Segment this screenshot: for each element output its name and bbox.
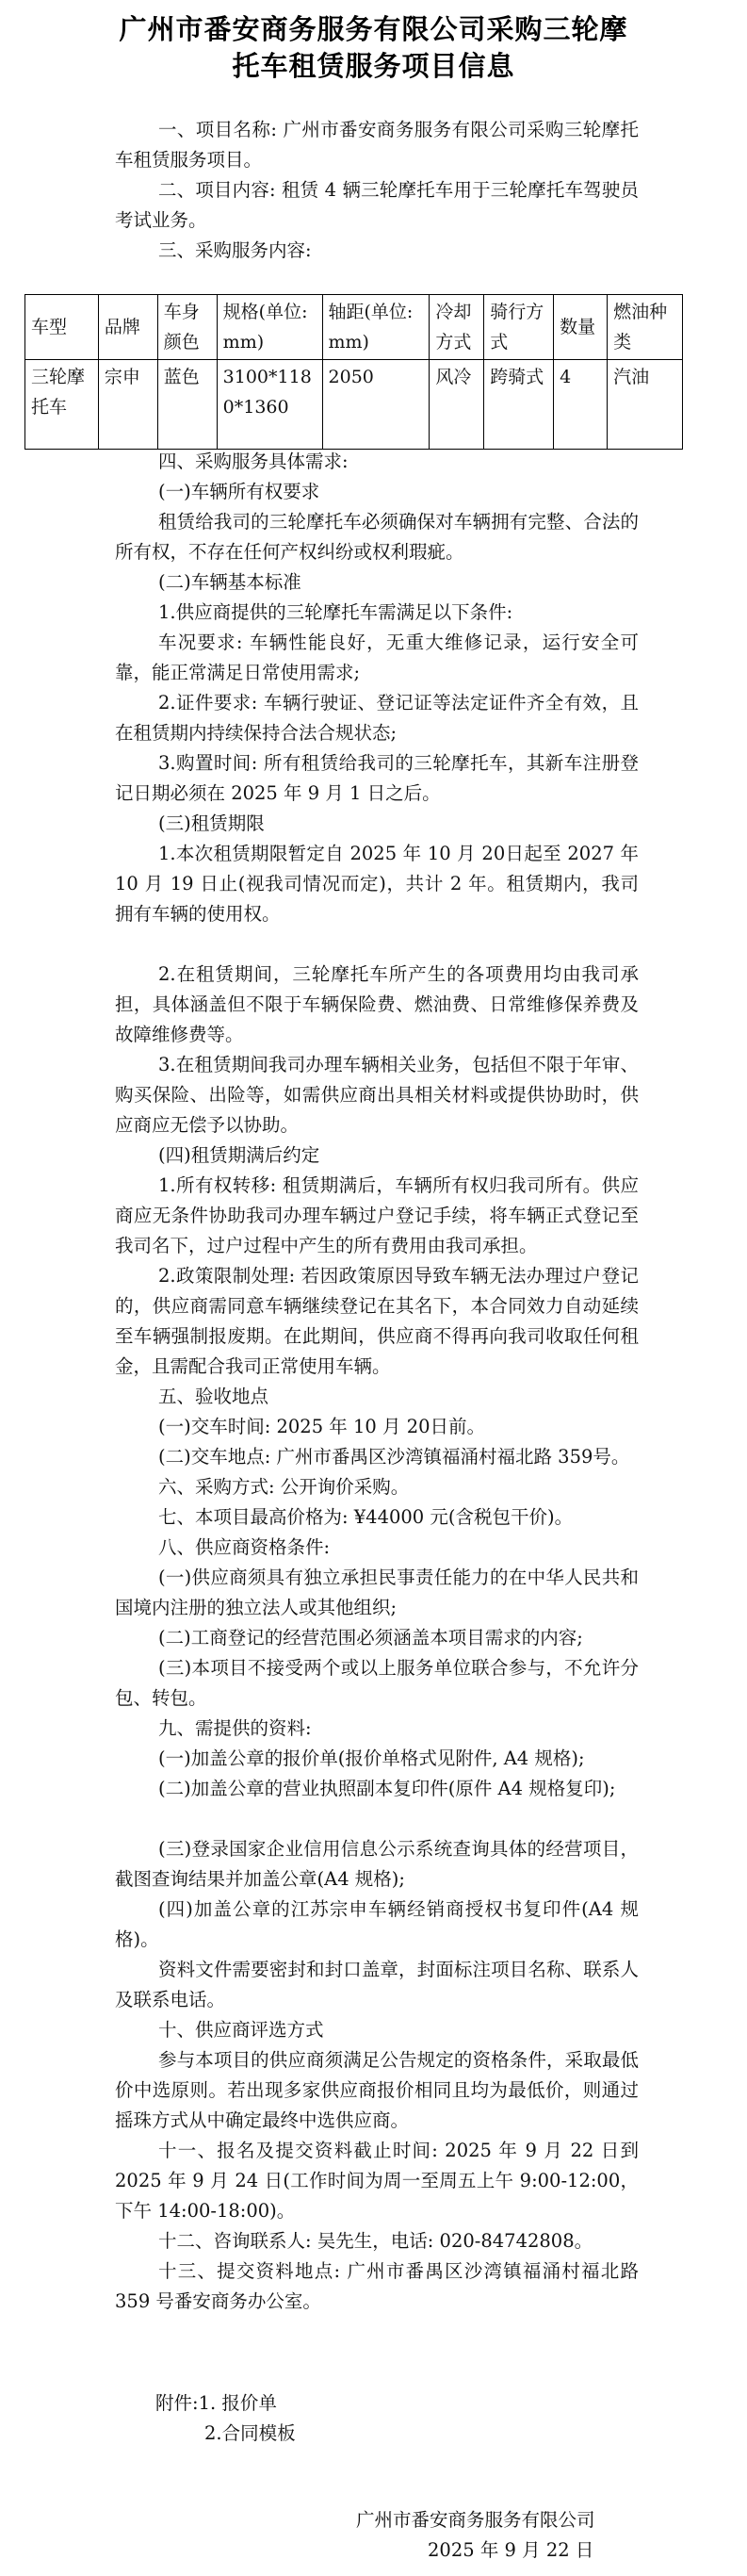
intro-section: 一、项目名称: 广州市番安商务服务有限公司采购三轮摩托车租赁服务项目。 二、项目…: [115, 115, 639, 266]
section-10-heading: 十、供应商评选方式: [115, 2015, 639, 2045]
section-9-item: (二)加盖公章的营业执照副本复印件(原件 A4 规格复印);: [115, 1774, 639, 1804]
section-12-contact: 十二、咨询联系人: 吴先生，电话: 020-84742808。: [115, 2226, 639, 2256]
section-4-2-item: 2.证件要求: 车辆行驶证、登记证等法定证件齐全有效，且在租赁期内持续保持合法合…: [115, 688, 639, 748]
header-cell: 数量: [554, 295, 608, 360]
section-9-item: (四)加盖公章的江苏宗申车辆经销商授权书复印件(A4 规格)。: [115, 1895, 639, 1955]
vehicle-spec-table: 车型 品牌 车身颜色 规格(单位: mm) 轴距(单位: mm) 冷却方式 骑行…: [24, 294, 683, 450]
section-5-item: (二)交车地点: 广州市番禺区沙湾镇福涌村福北路 359号。: [115, 1442, 639, 1472]
table-cell: 2050: [322, 360, 430, 450]
header-cell: 车型: [25, 295, 99, 360]
project-content: 二、项目内容: 租赁 4 辆三轮摩托车用于三轮摩托车驾驶员考试业务。: [115, 175, 639, 236]
section-11-deadline: 十一、报名及提交资料截止时间: 2025 年 9 月 22 日到 2025 年 …: [115, 2136, 639, 2226]
table-cell: 汽油: [608, 360, 683, 450]
section-8-item: (一)供应商须具有独立承担民事责任能力的在中华人民共和国境内注册的独立法人或其他…: [115, 1563, 639, 1623]
header-cell: 规格(单位: mm): [217, 295, 322, 360]
section-9-item: (三)登录国家企业信用信息公示系统查询具体的经营项目，截图查询结果并加盖公章(A…: [115, 1834, 639, 1895]
document-title-line-2: 托车租赁服务项目信息: [0, 48, 747, 84]
table-cell: 三轮摩托车: [25, 360, 99, 450]
table-header-row: 车型 品牌 车身颜色 规格(单位: mm) 轴距(单位: mm) 冷却方式 骑行…: [25, 295, 683, 360]
section-8-heading: 八、供应商资格条件:: [115, 1533, 639, 1563]
section-5-item: (一)交车时间: 2025 年 10 月 20日前。: [115, 1412, 639, 1442]
header-cell: 骑行方式: [484, 295, 554, 360]
header-cell: 品牌: [98, 295, 157, 360]
table-row: 三轮摩托车 宗申 蓝色 3100*1180*1360 2050 风冷 跨骑式 4…: [25, 360, 683, 450]
section-4-2-heading: (二)车辆基本标准: [115, 567, 639, 598]
section-4-4-item: 1.所有权转移: 租赁期满后，车辆所有权归我司所有。供应商应无条件协助我司办理车…: [115, 1171, 639, 1261]
section-6: 六、采购方式: 公开询价采购。: [115, 1472, 639, 1502]
section-5-heading: 五、验收地点: [115, 1382, 639, 1412]
requirements-body: 四、采购服务具体需求: (一)车辆所有权要求 租赁给我司的三轮摩托车必须确保对车…: [115, 447, 639, 2317]
attachments-label: 附件:: [155, 2392, 199, 2414]
section-4-2-item: 1.供应商提供的三轮摩托车需满足以下条件:: [115, 598, 639, 628]
section-9-heading: 九、需提供的资料:: [115, 1714, 639, 1744]
section-4-heading: 四、采购服务具体需求:: [115, 447, 639, 477]
attachment-item: 1. 报价单: [199, 2392, 277, 2414]
project-name: 一、项目名称: 广州市番安商务服务有限公司采购三轮摩托车租赁服务项目。: [115, 115, 639, 175]
signature-company: 广州市番安商务服务有限公司: [356, 2505, 595, 2535]
section-8-item: (二)工商登记的经营范围必须涵盖本项目需求的内容;: [115, 1623, 639, 1653]
section-4-2-item: 车况要求: 车辆性能良好，无重大维修记录，运行安全可靠，能正常满足日常使用需求;: [115, 628, 639, 688]
section-4-4-heading: (四)租赁期满后约定: [115, 1140, 639, 1171]
section-9-note: 资料文件需要密封和封口盖章，封面标注项目名称、联系人及联系电话。: [115, 1955, 639, 2015]
table-cell: 宗申: [98, 360, 157, 450]
table-cell: 3100*1180*1360: [217, 360, 322, 450]
signature-date: 2025 年 9 月 22 日: [428, 2535, 593, 2566]
section-7-max-price: 七、本项目最高价格为: ¥44000 元(含税包干价)。: [115, 1502, 639, 1533]
document-title-line-1: 广州市番安商务服务有限公司采购三轮摩: [0, 11, 747, 47]
section-9-item: (一)加盖公章的报价单(报价单格式见附件, A4 规格);: [115, 1744, 639, 1774]
section-4-4-item: 2.政策限制处理: 若因政策原因导致车辆无法办理过户登记的，供应商需同意车辆继续…: [115, 1261, 639, 1382]
procurement-content-heading: 三、采购服务内容:: [115, 236, 639, 266]
table-cell: 4: [554, 360, 608, 450]
section-4-3-item: 1.本次租赁期限暂定自 2025 年 10 月 20日起至 2027 年 10 …: [115, 839, 639, 929]
table-cell: 蓝色: [157, 360, 217, 450]
attachment-item-2: 2.合同模板: [204, 2419, 296, 2449]
attachments: 附件:1. 报价单: [155, 2388, 277, 2419]
section-4-3-item: 2.在租赁期间，三轮摩托车所产生的各项费用均由我司承担，具体涵盖但不限于车辆保险…: [115, 960, 639, 1050]
section-10-text: 参与本项目的供应商须满足公告规定的资格条件，采取最低价中选原则。若出现多家供应商…: [115, 2045, 639, 2136]
section-4-2-item: 3.购置时间: 所有租赁给我司的三轮摩托车，其新车注册登记日期必须在 2025 …: [115, 748, 639, 809]
header-cell: 车身颜色: [157, 295, 217, 360]
section-4-3-heading: (三)租赁期限: [115, 809, 639, 839]
section-8-item: (三)本项目不接受两个或以上服务单位联合参与，不允许分包、转包。: [115, 1653, 639, 1714]
header-cell: 燃油种类: [608, 295, 683, 360]
header-cell: 轴距(单位: mm): [322, 295, 430, 360]
table-cell: 风冷: [430, 360, 484, 450]
section-13-location: 十三、提交资料地点: 广州市番禺区沙湾镇福涌村福北路 359 号番安商务办公室。: [115, 2256, 639, 2317]
section-4-1-text: 租赁给我司的三轮摩托车必须确保对车辆拥有完整、合法的所有权，不存在任何产权纠纷或…: [115, 507, 639, 567]
section-4-1-heading: (一)车辆所有权要求: [115, 477, 639, 507]
table-cell: 跨骑式: [484, 360, 554, 450]
section-4-3-item: 3.在租赁期间我司办理车辆相关业务，包括但不限于年审、购买保险、出险等，如需供应…: [115, 1050, 639, 1140]
header-cell: 冷却方式: [430, 295, 484, 360]
